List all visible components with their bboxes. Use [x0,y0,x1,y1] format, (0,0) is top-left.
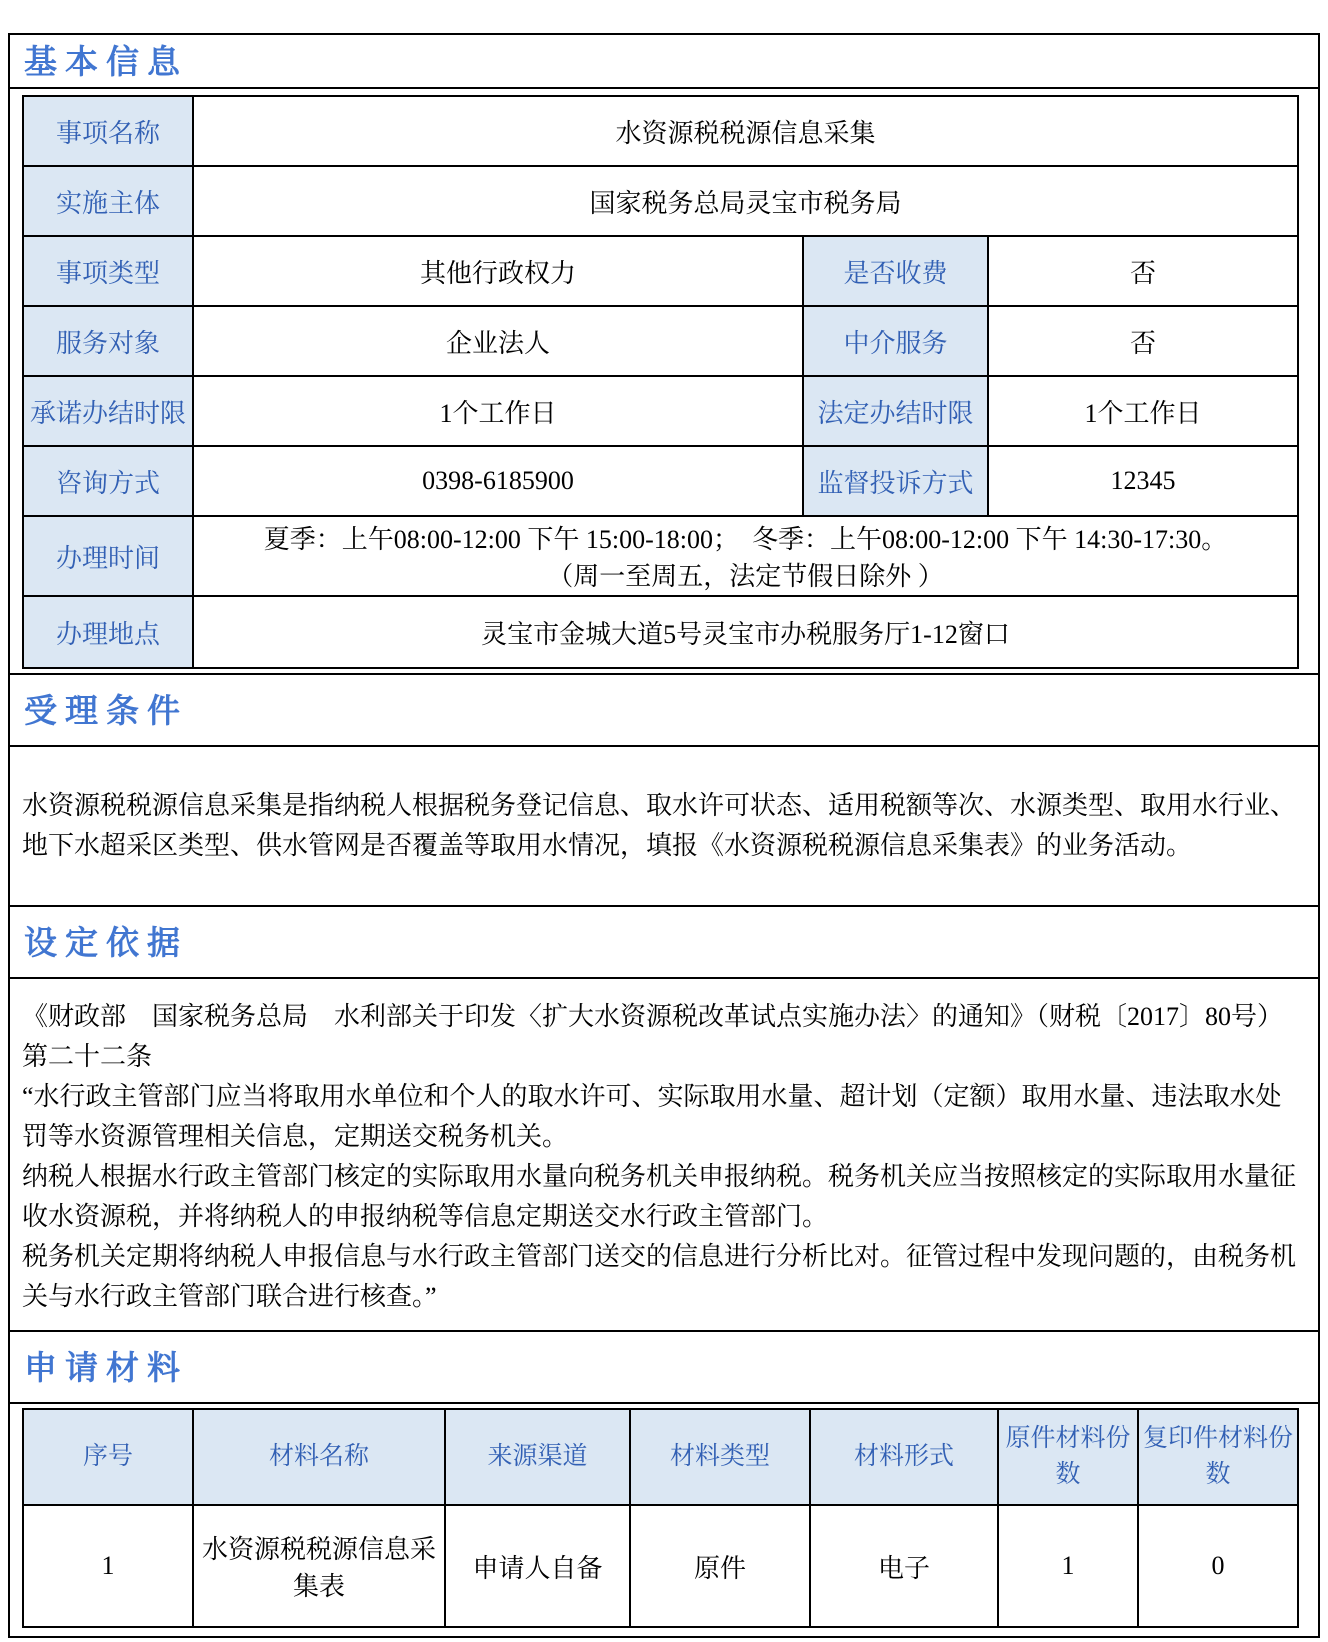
row-label-consultation-method: 咨询方式 [23,446,193,516]
cell-original-copies: 1 [998,1505,1138,1627]
document: 基本信息 事项名称 水资源税税源信息采集 实施主体 国家税务总局灵宝市税务局 事… [8,33,1320,1638]
col-header-photocopy-copies: 复印件材料份数 [1138,1409,1298,1505]
col-header-original-copies: 原件材料份数 [998,1409,1138,1505]
col-header-material-form: 材料形式 [810,1409,998,1505]
row-value-service-target: 企业法人 [193,306,803,376]
row-label-service-target: 服务对象 [23,306,193,376]
row-value-office-location: 灵宝市金城大道5号灵宝市办税服务厅1-12窗口 [193,596,1298,668]
row-label-promised-time-limit: 承诺办结时限 [23,376,193,446]
acceptance-content: 水资源税税源信息采集是指纳税人根据税务登记信息、取水许可状态、适用税额等次、水源… [10,747,1318,907]
row-label-implementing-body: 实施主体 [23,166,193,236]
row-value-statutory-time-limit: 1个工作日 [988,376,1298,446]
table-row: 咨询方式 0398-6185900 监督投诉方式 12345 [23,446,1298,516]
cell-photocopy-copies: 0 [1138,1505,1298,1627]
section-title-acceptance: 受理条件 [24,694,188,727]
section-title-basis: 设定依据 [24,926,188,959]
table-row: 服务对象 企业法人 中介服务 否 [23,306,1298,376]
section-header-basis: 设定依据 [10,907,1318,979]
cell-source-channel: 申请人自备 [445,1505,630,1627]
row-label-item-type: 事项类型 [23,236,193,306]
section-title-materials: 申请材料 [24,1351,188,1384]
col-header-material-type: 材料类型 [630,1409,810,1505]
table-row: 事项名称 水资源税税源信息采集 [23,96,1298,166]
row-value-consultation-phone: 0398-6185900 [193,446,803,516]
cell-seq-no: 1 [23,1505,193,1627]
basic-info-table: 事项名称 水资源税税源信息采集 实施主体 国家税务总局灵宝市税务局 事项类型 其… [22,95,1299,669]
row-label-office-location: 办理地点 [23,596,193,668]
basis-content: 《财政部 国家税务总局 水利部关于印发〈扩大水资源税改革试点实施办法〉的通知》（… [10,979,1318,1332]
table-row: 承诺办结时限 1个工作日 法定办结时限 1个工作日 [23,376,1298,446]
section-title-basic-info: 基本信息 [24,45,188,78]
materials-data-row: 1 水资源税税源信息采集表 申请人自备 原件 电子 1 0 [23,1505,1298,1627]
page: { "theme": { "accent_blue": "#4176d1", "… [0,0,1328,1642]
col-header-material-name: 材料名称 [193,1409,445,1505]
row-label-fee-charged: 是否收费 [803,236,988,306]
table-row: 办理时间 夏季：上午08:00-12:00 下午 15:00-18:00； 冬季… [23,516,1298,596]
section-header-acceptance: 受理条件 [10,673,1318,747]
section-header-basic-info: 基本信息 [10,35,1318,89]
row-label-intermediary-service: 中介服务 [803,306,988,376]
row-value-office-hours: 夏季：上午08:00-12:00 下午 15:00-18:00； 冬季：上午08… [193,516,1298,596]
col-header-source-channel: 来源渠道 [445,1409,630,1505]
cell-material-name: 水资源税税源信息采集表 [193,1505,445,1627]
col-header-seq-no: 序号 [23,1409,193,1505]
row-value-promised-time-limit: 1个工作日 [193,376,803,446]
row-value-complaint-hotline: 12345 [988,446,1298,516]
row-value-implementing-body: 国家税务总局灵宝市税务局 [193,166,1298,236]
row-label-item-name: 事项名称 [23,96,193,166]
acceptance-paragraph: 水资源税税源信息采集是指纳税人根据税务登记信息、取水许可状态、适用税额等次、水源… [22,786,1306,866]
table-row: 实施主体 国家税务总局灵宝市税务局 [23,166,1298,236]
table-row: 事项类型 其他行政权力 是否收费 否 [23,236,1298,306]
row-value-intermediary-service: 否 [988,306,1298,376]
row-value-item-name: 水资源税税源信息采集 [193,96,1298,166]
row-label-complaint-method: 监督投诉方式 [803,446,988,516]
row-label-statutory-time-limit: 法定办结时限 [803,376,988,446]
materials-header-row: 序号 材料名称 来源渠道 材料类型 材料形式 原件材料份数 复印件材料份数 [23,1409,1298,1505]
cell-material-type: 原件 [630,1505,810,1627]
cell-material-form: 电子 [810,1505,998,1627]
section-header-materials: 申请材料 [10,1332,1318,1404]
row-value-item-type: 其他行政权力 [193,236,803,306]
row-label-office-hours: 办理时间 [23,516,193,596]
materials-table: 序号 材料名称 来源渠道 材料类型 材料形式 原件材料份数 复印件材料份数 1 … [22,1408,1299,1628]
table-row: 办理地点 灵宝市金城大道5号灵宝市办税服务厅1-12窗口 [23,596,1298,668]
row-value-fee-charged: 否 [988,236,1298,306]
